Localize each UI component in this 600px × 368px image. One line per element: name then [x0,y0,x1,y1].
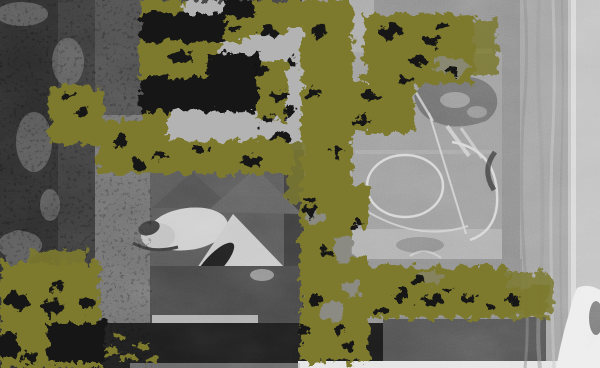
black-dot [153,152,169,160]
black-dot [421,297,441,305]
black-dot [342,341,354,349]
black-dot [286,58,296,66]
black-dot [305,207,317,217]
black-dot [60,92,72,100]
black-dot [393,291,409,301]
black-dot [410,277,422,285]
black-dot [364,91,380,101]
black-dot [256,67,268,75]
fresco-photograph: Black-and-white photograph of a deterior… [0,0,600,368]
black-dot [258,26,278,38]
black-band [221,0,255,17]
black-dot [273,132,289,140]
black-dot [374,307,388,315]
black-dot [505,297,519,305]
green-speck [52,103,76,117]
black-dot [321,248,331,256]
black-blob [5,293,29,309]
black-dot [271,91,287,101]
black-dot [75,107,89,117]
black-dot [397,75,411,83]
black-blob [48,322,106,362]
black-dot [351,221,361,229]
black-dot [424,36,440,46]
green-patch-mass-bump [30,250,85,272]
black-dot [335,326,345,334]
black-dot [78,296,94,308]
black-blob [39,299,65,315]
black-dot [244,58,258,66]
black-dot [485,302,497,310]
black-dot [355,116,369,126]
black-dot [441,288,451,294]
black-dot [130,160,144,168]
black-dot [311,296,323,304]
gray-hole [343,281,361,295]
black-dot [378,24,402,38]
black-dot [304,196,316,204]
black-dot [411,56,431,66]
black-dot [229,26,243,34]
green-speck [80,124,100,136]
black-band [140,13,225,41]
green-speck [104,346,120,356]
black-dot [284,106,296,116]
black-dot [240,156,262,166]
black-dot [298,326,312,334]
black-dot [331,146,341,156]
black-dot [458,295,474,303]
green-speck [113,332,123,340]
fresco-canvas: Black-and-white photograph of a deterior… [0,0,600,368]
black-dot [111,136,129,146]
gray-hole [320,303,344,321]
black-dot [170,51,192,63]
black-dot [436,21,448,29]
green-speck [143,356,157,364]
green-speck [118,354,136,362]
black-dot [195,145,207,153]
green-patch-band-blob [505,272,553,314]
green-speck [136,343,148,351]
black-dot [21,351,39,363]
black-dot [52,281,64,291]
black-dot [313,23,325,39]
black-dot [309,86,319,98]
black-dot [259,117,273,125]
black-band [140,77,258,111]
gray-hole [334,236,354,264]
green-patch-block-extension [472,20,498,76]
black-dot [446,67,458,75]
silver-vertical-strip [287,28,301,143]
